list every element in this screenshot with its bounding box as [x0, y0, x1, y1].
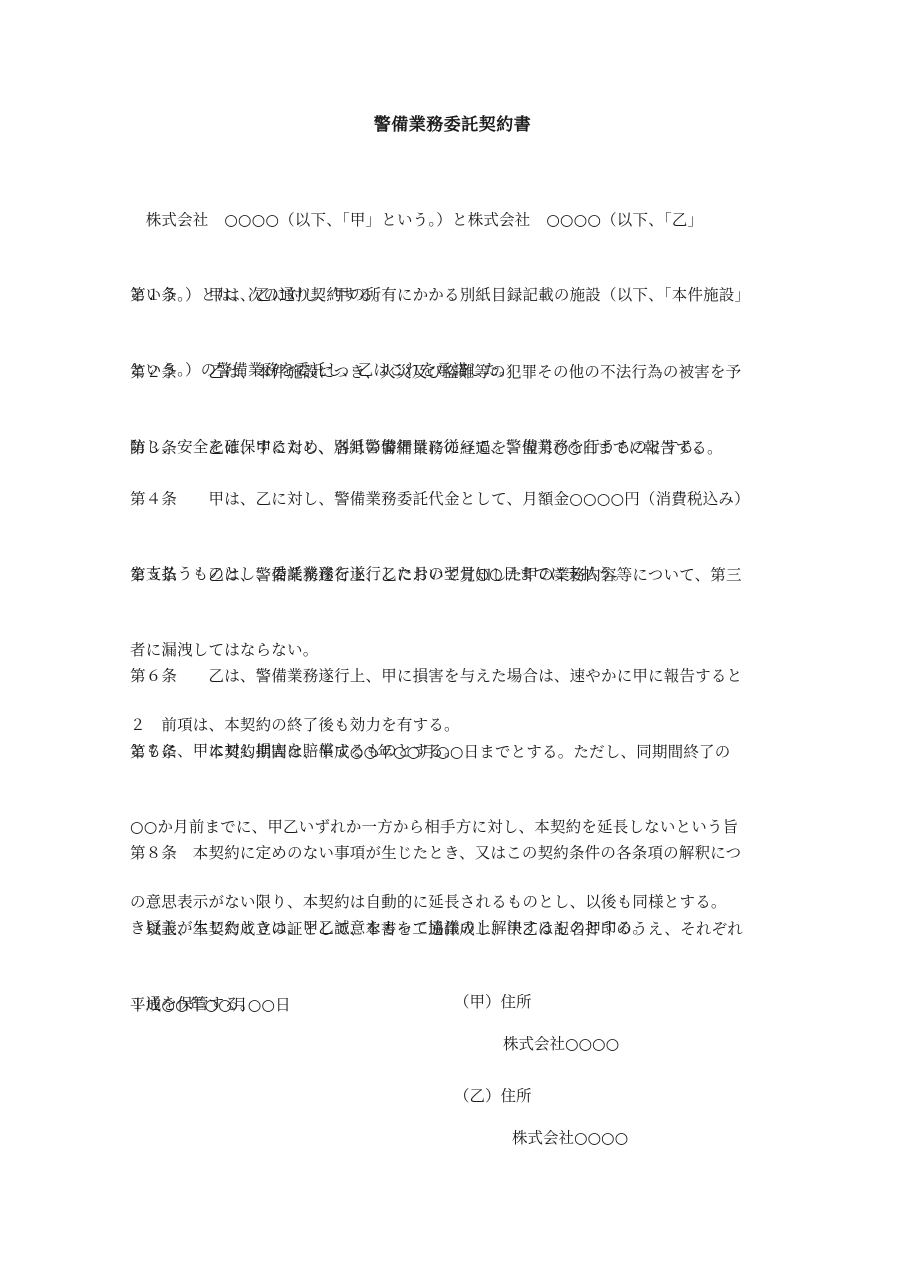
- party-a-address-label: （甲）住所: [454, 990, 532, 1015]
- document-title: 警備業務委託契約書: [0, 110, 905, 135]
- closing-line: 以上、本契約成立の証として、本書を二通作成し、甲乙は記名押印のうえ、それぞれ: [130, 917, 780, 942]
- document-page: 警備業務委託契約書 株式会社 ○○○○（以下、「甲」という。）と株式会社 ○○○…: [0, 0, 905, 1280]
- article-line: 第８条 本契約に定めのない事項が生じたとき、又はこの契約条件の各条項の解釈につ: [130, 841, 780, 866]
- party-b-address-label: （乙）住所: [454, 1084, 532, 1109]
- article-line: 第１条 甲は、乙に対し、甲の所有にかかる別紙目録記載の施設（以下、「本件施設」: [130, 283, 780, 308]
- article-line: 第２条 乙は、本件施設につき、火災及び盗難等の犯罪その他の不法行為の被害を予: [130, 360, 780, 385]
- party-a-company: 株式会社○○○○: [503, 1032, 619, 1057]
- article-line: 第６条 乙は、警備業務遂行上、甲に損害を与えた場合は、速やかに甲に報告すると: [130, 664, 780, 689]
- article-line: 第７条 本契約期間は、平成○○年○○月○○日までとする。ただし、同期間終了の: [130, 740, 780, 765]
- preamble-line: 株式会社 ○○○○（以下、「甲」という。）と株式会社 ○○○○（以下、「乙」: [130, 208, 780, 233]
- party-b-company: 株式会社○○○○: [512, 1126, 628, 1151]
- article-line: 第４条 甲は、乙に対し、警備業務委託代金として、月額金○○○○円（消費税込み）: [130, 487, 780, 512]
- article-line: 第５条 乙は、警備業務遂行上、乙において覚知した甲の業務内容等について、第三: [130, 563, 780, 588]
